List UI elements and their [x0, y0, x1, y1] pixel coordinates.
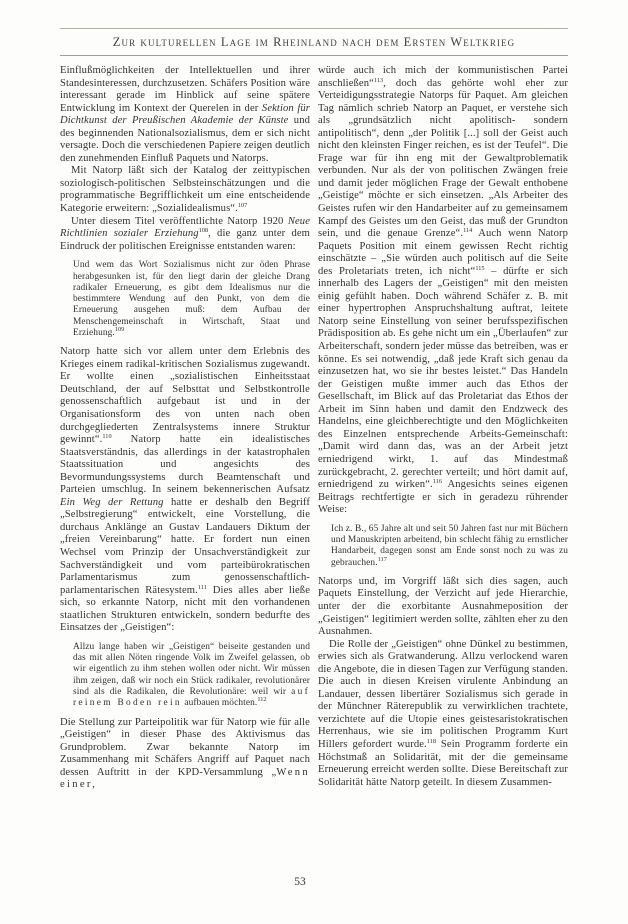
text-run: aufbauen möchten. [182, 698, 257, 708]
footnote-marker: 109 [115, 326, 124, 333]
text-run: Natorps und, im Vorgriff läßt sich dies … [318, 576, 568, 637]
text-run: Die Rolle der „Geistigen“ ohne Dünkel zu… [318, 639, 568, 750]
paragraph: Die Stellung zur Parteipolitik war für N… [60, 717, 310, 792]
footnote-marker: 114 [463, 227, 472, 234]
paragraph: Natorp hatte sich vor allem unter dem Er… [60, 346, 310, 635]
paragraph: Mit Natorp läßt sich der Katalog der zei… [60, 165, 310, 215]
page-number: 53 [0, 876, 600, 888]
footnote-marker: 107 [238, 202, 247, 209]
footnote-marker: 111 [198, 584, 207, 591]
paragraph: Einflußmöglichkeiten der Intellektuellen… [60, 65, 310, 165]
footnote-marker: 113 [374, 77, 383, 84]
column-left: Einflußmöglichkeiten der Intellektuellen… [60, 65, 310, 792]
block-quote: Ich z. B., 65 Jahre alt und seit 50 Jahr… [331, 524, 568, 569]
footnote-marker: 112 [257, 696, 266, 703]
text-run: Mit Natorp läßt sich der Katalog der zei… [60, 165, 310, 214]
text-run: – dürfte er sich innerhalb des Lagers de… [318, 266, 568, 490]
book-page: Zur kulturellen Lage im Rheinland nach d… [0, 0, 628, 924]
block-quote: Und wem das Wort Sozialismus nicht zur ö… [73, 260, 310, 339]
italic-text: Ein Weg der Rettung [60, 497, 164, 508]
footnote-marker: 117 [378, 556, 387, 563]
text-run: Allzu lange haben wir „Geistigen“ beisei… [73, 642, 310, 697]
text-run: Ich z. B., 65 Jahre alt und seit 50 Jahr… [331, 524, 568, 568]
footnote-marker: 115 [475, 265, 484, 272]
footnote-marker: 110 [102, 433, 111, 440]
paragraph: Natorps und, im Vorgriff läßt sich dies … [318, 576, 568, 639]
paragraph: würde auch ich mich der kommunistischen … [318, 65, 568, 517]
text-columns: Einflußmöglichkeiten der Intellektuellen… [60, 65, 568, 792]
paragraph: Unter diesem Titel veröffentlichte Nator… [60, 216, 310, 254]
paragraph: Die Rolle der „Geistigen“ ohne Dünkel zu… [318, 639, 568, 790]
block-quote: Allzu lange haben wir „Geistigen“ beisei… [73, 642, 310, 710]
footnote-marker: 116 [433, 478, 442, 485]
text-run: Die Stellung zur Parteipolitik war für N… [60, 717, 310, 778]
text-run: hatte er deshalb den Begriff „Selbstregi… [60, 497, 310, 596]
footnote-marker: 118 [427, 738, 436, 745]
footnote-marker: 108 [199, 227, 208, 234]
text-run: Natorp hatte sich vor allem unter dem Er… [60, 346, 310, 445]
text-run: Und wem das Wort Sozialismus nicht zur ö… [73, 260, 310, 338]
column-right: würde auch ich mich der kommunistischen … [318, 65, 568, 792]
text-run: , doch das gehörte wohl eher zur Verteid… [318, 78, 568, 240]
running-head-rules: Zur kulturellen Lage im Rheinland nach d… [60, 28, 568, 56]
text-run: Unter diesem Titel veröffentlichte Nator… [71, 216, 288, 227]
running-head: Zur kulturellen Lage im Rheinland nach d… [60, 35, 568, 50]
